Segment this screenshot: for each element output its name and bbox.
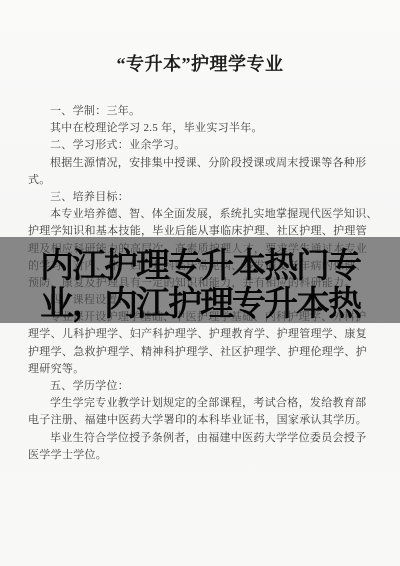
document-line: 医学学士学位。 [28, 447, 370, 464]
document-title: “专升本”护理学专业 [0, 50, 400, 76]
document-line: 五、学历学位： [28, 378, 370, 395]
overlay-title-line2: 业，内江护理专升本热 [0, 285, 400, 323]
overlay-title-line1: 内江护理专升本热门专 [0, 247, 400, 285]
document-line: 理学、儿科护理学、妇产科护理学、护理教育学、护理管理学、康复 [28, 326, 370, 343]
document-line: 一、学制：三年。 [28, 103, 370, 120]
document-line: 三、培养目标： [28, 189, 370, 206]
document-line: 根据生源情况，安排集中授课、分阶段授课或周末授课等各种形 [28, 155, 370, 172]
document-line: 护理学、急救护理学、精神科护理学、社区护理学、护理伦理学、护 [28, 344, 370, 361]
scanned-document-page: “专升本”护理学专业 一、学制：三年。 其中在校理论学习 2.5 年，毕业实习半… [0, 0, 400, 566]
watermark-overlay: 内江护理专升本热门专 业，内江护理专升本热 [0, 237, 400, 323]
document-line: 式。 [28, 172, 370, 189]
document-line: 理研究等。 [28, 361, 370, 378]
document-line: 学生学完专业教学计划规定的全部课程，考试合格，发给教育部 [28, 395, 370, 412]
document-line: 毕业生符合学位授予条例者，由福建中医药大学学位委员会授予 [28, 430, 370, 447]
document-line: 二、学习形式：业余学习。 [28, 137, 370, 154]
document-line: 其中在校理论学习 2.5 年，毕业实习半年。 [28, 120, 370, 137]
document-line: 本专业培养德、智、体全面发展，系统扎实地掌握现代医学知识、 [28, 206, 370, 223]
document-line: 电子注册、福建中医药大学署印的本科毕业证书，国家承认其学历。 [28, 412, 370, 429]
